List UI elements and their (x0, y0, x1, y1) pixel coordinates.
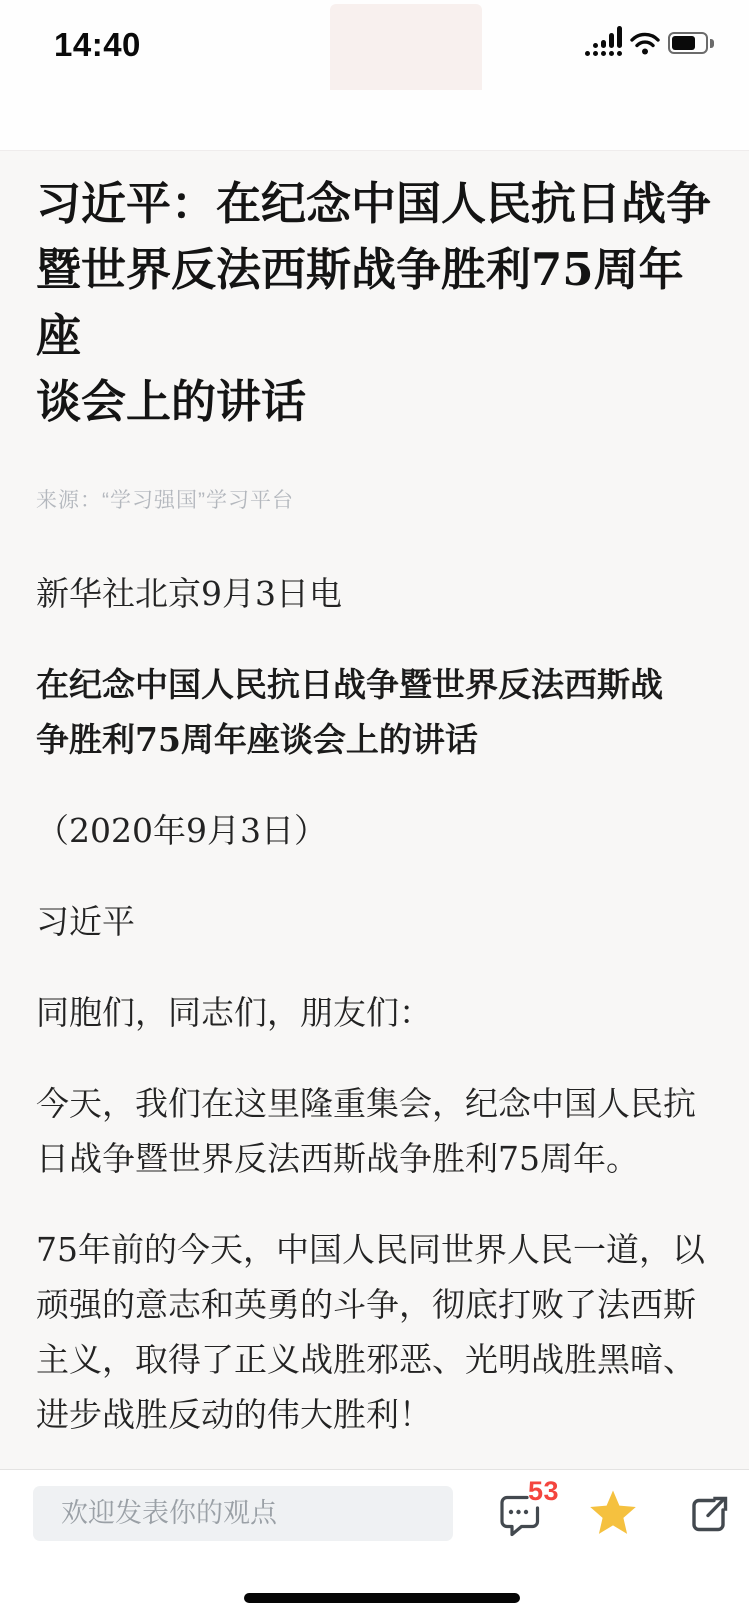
article-title: 习近平：在纪念中国人民抗日战争 暨世界反法西斯战争胜利75周年座 谈会上的讲话 (36, 171, 713, 435)
watermark (330, 4, 482, 102)
home-indicator[interactable] (244, 1593, 520, 1603)
paragraph-subtitle: 在纪念中国人民抗日战争暨世界反法西斯战 争胜利75周年座谈会上的讲话 (36, 657, 713, 767)
paragraph-body-2: 75年前的今天，中国人民同世界人民一道，以 顽强的意志和英勇的斗争，彻底打败了法… (36, 1222, 713, 1442)
comment-input[interactable] (33, 1486, 453, 1541)
wifi-icon (630, 30, 660, 55)
article-paragraphs: 新华社北京9月3日电 在纪念中国人民抗日战争暨世界反法西斯战 争胜利75周年座谈… (36, 566, 713, 1470)
battery-nub (710, 39, 714, 48)
nav-bar (0, 90, 749, 150)
bottom-toolbar: 53 (0, 1470, 749, 1620)
share-icon[interactable] (688, 1494, 730, 1536)
article-source: 来源：“学习强国”学习平台 (36, 484, 713, 514)
paragraph-dateline: 新华社北京9月3日电 (36, 566, 713, 621)
favorite-star-icon[interactable] (588, 1489, 638, 1537)
battery-icon (668, 32, 708, 54)
article-body: 习近平：在纪念中国人民抗日战争 暨世界反法西斯战争胜利75周年座 谈会上的讲话 … (0, 150, 749, 1470)
status-bar: 14:40 (0, 0, 749, 90)
status-time: 14:40 (54, 26, 141, 64)
paragraph-salutation: 同胞们，同志们，朋友们： (36, 985, 713, 1040)
paragraph-body-1: 今天，我们在这里隆重集会，纪念中国人民抗 日战争暨世界反法西斯战争胜利75周年。 (36, 1076, 713, 1186)
paragraph-author: 习近平 (36, 894, 713, 949)
paragraph-date: （2020年9月3日） (36, 803, 713, 858)
app-screen: 14:40 习近平：在纪念中国人民抗日战争 暨世界反法西斯战争胜利7 (0, 0, 749, 1620)
cellular-signal-icon (585, 28, 621, 56)
comment-count-badge: 53 (528, 1476, 559, 1507)
